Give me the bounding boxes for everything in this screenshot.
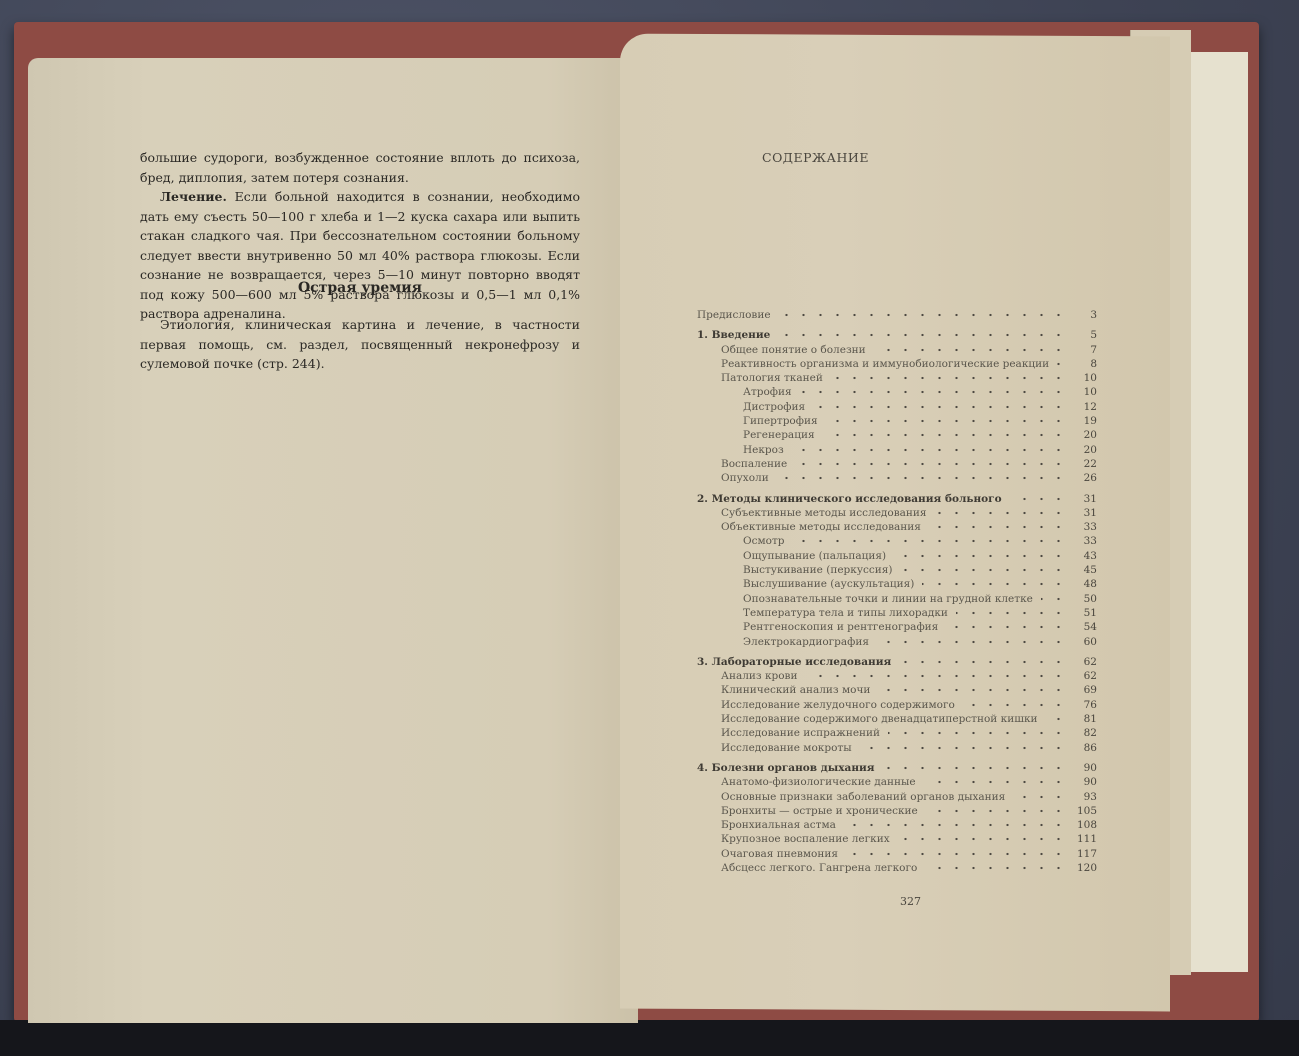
toc-entry: Дистрофия12 <box>697 400 1097 414</box>
toc-entry-page: 22 <box>1069 457 1097 471</box>
toc-entry-label: Выстукивание (перкуссия) <box>743 563 892 577</box>
toc-entry-label: Исследование содержимого двенадцатиперст… <box>721 712 1038 726</box>
toc-entry-page: 3 <box>1069 308 1097 322</box>
toc-entry: Исследование испражнений82 <box>697 726 1097 740</box>
toc-entry: Осмотр33 <box>697 534 1097 548</box>
toc-entry-label: Опухоли <box>721 471 769 485</box>
toc-entry: Основные признаки заболеваний органов ды… <box>697 790 1097 804</box>
toc-entry: 2. Методы клинического исследования боль… <box>697 492 1097 506</box>
toc-entry-label: Анализ крови <box>721 669 797 683</box>
toc-entry-page: 8 <box>1069 357 1097 371</box>
toc-entry-label: Некроз <box>743 443 784 457</box>
leader-dots <box>874 343 1067 357</box>
toc-entry: Субъективные методы исследования31 <box>697 506 1097 520</box>
toc-entry-label: Электрокардиография <box>743 635 869 649</box>
toc-entry-label: 2. Методы клинического исследования боль… <box>697 492 1002 506</box>
toc-entry-page: 19 <box>1069 414 1097 428</box>
treatment-text: Если больной находится в сознании, необх… <box>140 189 580 321</box>
leader-dots <box>805 669 1067 683</box>
toc-entry-page: 86 <box>1069 741 1097 755</box>
toc-entry: Атрофия10 <box>697 385 1097 399</box>
toc-entry-page: 31 <box>1069 506 1097 520</box>
leader-dots <box>925 861 1067 875</box>
toc-entry: Патология тканей10 <box>697 371 1097 385</box>
toc-entry-page: 26 <box>1069 471 1097 485</box>
leader-dots <box>846 847 1067 861</box>
toc-entry-label: Реактивность организма и иммунобиологиче… <box>721 357 1049 371</box>
leader-dots <box>793 534 1067 548</box>
toc-entry-label: Общее понятие о болезни <box>721 343 866 357</box>
toc-entry-page: 10 <box>1069 371 1097 385</box>
section-body: Этиология, клиническая картина и лечение… <box>140 315 580 374</box>
section-paragraph: Этиология, клиническая картина и лечение… <box>140 315 580 374</box>
toc-entry-label: Осмотр <box>743 534 785 548</box>
toc-entry-page: 76 <box>1069 698 1097 712</box>
leader-dots <box>778 328 1067 342</box>
toc-entry: Исследование содержимого двенадцатиперст… <box>697 712 1097 726</box>
toc-entry-page: 33 <box>1069 534 1097 548</box>
leader-dots <box>860 741 1067 755</box>
toc-entry-page: 54 <box>1069 620 1097 634</box>
toc-entry-label: Ощупывание (пальпация) <box>743 549 886 563</box>
leader-dots <box>898 832 1067 846</box>
toc-entry-label: Исследование испражнений <box>721 726 880 740</box>
toc-entry-label: Субъективные методы исследования <box>721 506 927 520</box>
toc-entry: Предисловие3 <box>697 308 1097 322</box>
toc-entry-page: 43 <box>1069 549 1097 563</box>
toc-entry-page: 90 <box>1069 761 1097 775</box>
leader-dots <box>883 761 1067 775</box>
leader-dots <box>878 683 1067 697</box>
leader-dots <box>929 520 1067 534</box>
toc-entry-page: 93 <box>1069 790 1097 804</box>
toc-entry-page: 7 <box>1069 343 1097 357</box>
leader-dots <box>779 308 1067 322</box>
toc-entry: Анализ крови62 <box>697 669 1097 683</box>
toc-entry: Очаговая пневмония117 <box>697 847 1097 861</box>
toc-entry-label: Клинический анализ мочи <box>721 683 870 697</box>
toc-entry: Гипертрофия19 <box>697 414 1097 428</box>
toc-entry-page: 33 <box>1069 520 1097 534</box>
toc-entry-page: 117 <box>1069 847 1097 861</box>
paragraph-symptoms: большие судороги, возбужденное состояние… <box>140 148 580 187</box>
toc-entry-page: 20 <box>1069 443 1097 457</box>
leader-dots <box>926 804 1067 818</box>
toc-entry-label: Объективные методы исследования <box>721 520 921 534</box>
leader-dots <box>894 549 1067 563</box>
toc-entry-page: 48 <box>1069 577 1097 591</box>
page-number: 327 <box>900 895 921 908</box>
toc-entry-page: 51 <box>1069 606 1097 620</box>
table-shadow <box>0 1020 1299 1056</box>
toc-entry: Некроз20 <box>697 443 1097 457</box>
left-page-body: большие судороги, возбужденное состояние… <box>140 148 580 324</box>
leader-dots <box>1010 492 1067 506</box>
toc-entry: Электрокардиография60 <box>697 635 1097 649</box>
toc-entry: Общее понятие о болезни7 <box>697 343 1097 357</box>
toc-entry-label: Выслушивание (аускультация) <box>743 577 914 591</box>
toc-entry: Опухоли26 <box>697 471 1097 485</box>
leader-dots <box>844 818 1067 832</box>
toc-entry: 4. Болезни органов дыхания90 <box>697 761 1097 775</box>
toc-entry: Бронхиты — острые и хронические105 <box>697 804 1097 818</box>
toc-entry: Регенерация20 <box>697 428 1097 442</box>
toc-entry-label: Температура тела и типы лихорадки <box>743 606 948 620</box>
toc-entry-label: Рентгеноскопия и рентгенография <box>743 620 938 634</box>
section-heading: Острая уремия <box>140 280 580 296</box>
toc-entry-page: 62 <box>1069 655 1097 669</box>
toc-entry: Исследование мокроты86 <box>697 741 1097 755</box>
leader-dots <box>800 385 1067 399</box>
toc-entry-label: Исследование желудочного содержимого <box>721 698 955 712</box>
leader-dots <box>935 506 1067 520</box>
toc-entry: Температура тела и типы лихорадки51 <box>697 606 1097 620</box>
leader-dots <box>922 577 1067 591</box>
toc-entry-label: Основные признаки заболеваний органов ды… <box>721 790 1005 804</box>
toc-entry-page: 20 <box>1069 428 1097 442</box>
table-of-contents: Предисловие31. Введение5Общее понятие о … <box>697 308 1097 875</box>
toc-entry-label: Анатомо-физиологические данные <box>721 775 916 789</box>
toc-entry: Бронхиальная астма108 <box>697 818 1097 832</box>
toc-entry: Абсцесс легкого. Гангрена легкого120 <box>697 861 1097 875</box>
toc-entry-page: 105 <box>1069 804 1097 818</box>
leader-dots <box>823 428 1067 442</box>
toc-entry: Реактивность организма и иммунобиологиче… <box>697 357 1097 371</box>
toc-entry-page: 111 <box>1069 832 1097 846</box>
leader-dots <box>900 563 1067 577</box>
leader-dots <box>831 371 1067 385</box>
toc-entry-page: 69 <box>1069 683 1097 697</box>
toc-entry-page: 12 <box>1069 400 1097 414</box>
toc-entry-page: 5 <box>1069 328 1097 342</box>
toc-entry-label: 3. Лабораторные исследования <box>697 655 891 669</box>
toc-entry: Клинический анализ мочи69 <box>697 683 1097 697</box>
toc-entry-label: Исследование мокроты <box>721 741 852 755</box>
toc-entry: 3. Лабораторные исследования62 <box>697 655 1097 669</box>
toc-entry-page: 60 <box>1069 635 1097 649</box>
toc-entry-page: 90 <box>1069 775 1097 789</box>
leader-dots <box>963 698 1067 712</box>
leader-dots <box>946 620 1067 634</box>
toc-entry-label: Регенерация <box>743 428 815 442</box>
toc-entry-page: 81 <box>1069 712 1097 726</box>
leader-dots <box>795 457 1067 471</box>
leader-dots <box>888 726 1067 740</box>
leader-dots <box>1013 790 1067 804</box>
leader-dots <box>877 635 1067 649</box>
leader-dots <box>924 775 1067 789</box>
toc-entry-page: 10 <box>1069 385 1097 399</box>
toc-entry-page: 45 <box>1069 563 1097 577</box>
leader-dots <box>792 443 1067 457</box>
toc-entry-label: 4. Болезни органов дыхания <box>697 761 875 775</box>
toc-entry-page: 50 <box>1069 592 1097 606</box>
toc-entry: Выстукивание (перкуссия)45 <box>697 563 1097 577</box>
toc-entry: Объективные методы исследования33 <box>697 520 1097 534</box>
toc-entry: Выслушивание (аускультация)48 <box>697 577 1097 591</box>
toc-entry: 1. Введение5 <box>697 328 1097 342</box>
treatment-lead: Лечение. <box>160 189 227 204</box>
leader-dots <box>1057 357 1067 371</box>
leader-dots <box>1046 712 1067 726</box>
leader-dots <box>956 606 1067 620</box>
toc-entry-label: Бронхиальная астма <box>721 818 836 832</box>
toc-entry: Крупозное воспаление легких111 <box>697 832 1097 846</box>
toc-entry-page: 120 <box>1069 861 1097 875</box>
leader-dots <box>899 655 1067 669</box>
toc-entry-label: Бронхиты — острые и хронические <box>721 804 918 818</box>
toc-entry-label: Дистрофия <box>743 400 805 414</box>
toc-entry-label: Абсцесс легкого. Гангрена легкого <box>721 861 917 875</box>
leader-dots <box>1041 592 1067 606</box>
toc-entry-label: Крупозное воспаление легких <box>721 832 890 846</box>
toc-entry: Рентгеноскопия и рентгенография54 <box>697 620 1097 634</box>
toc-entry-page: 82 <box>1069 726 1097 740</box>
leader-dots <box>777 471 1067 485</box>
toc-entry-label: Патология тканей <box>721 371 823 385</box>
toc-entry: Опознавательные точки и линии на грудной… <box>697 592 1097 606</box>
toc-entry: Анатомо-физиологические данные90 <box>697 775 1097 789</box>
toc-entry: Ощупывание (пальпация)43 <box>697 549 1097 563</box>
toc-entry: Исследование желудочного содержимого76 <box>697 698 1097 712</box>
leader-dots <box>826 414 1067 428</box>
toc-entry-label: 1. Введение <box>697 328 770 342</box>
toc-entry-label: Атрофия <box>743 385 792 399</box>
toc-entry-label: Воспаление <box>721 457 787 471</box>
toc-entry-page: 62 <box>1069 669 1097 683</box>
toc-entry-label: Гипертрофия <box>743 414 818 428</box>
leader-dots <box>813 400 1067 414</box>
toc-entry-page: 31 <box>1069 492 1097 506</box>
toc-entry-label: Предисловие <box>697 308 771 322</box>
toc-entry-label: Опознавательные точки и линии на грудной… <box>743 592 1033 606</box>
toc-entry: Воспаление22 <box>697 457 1097 471</box>
toc-entry-page: 108 <box>1069 818 1097 832</box>
toc-title: СОДЕРЖАНИЕ <box>762 150 869 165</box>
paragraph-treatment: Лечение. Если больной находится в сознан… <box>140 187 580 324</box>
toc-entry-label: Очаговая пневмония <box>721 847 838 861</box>
